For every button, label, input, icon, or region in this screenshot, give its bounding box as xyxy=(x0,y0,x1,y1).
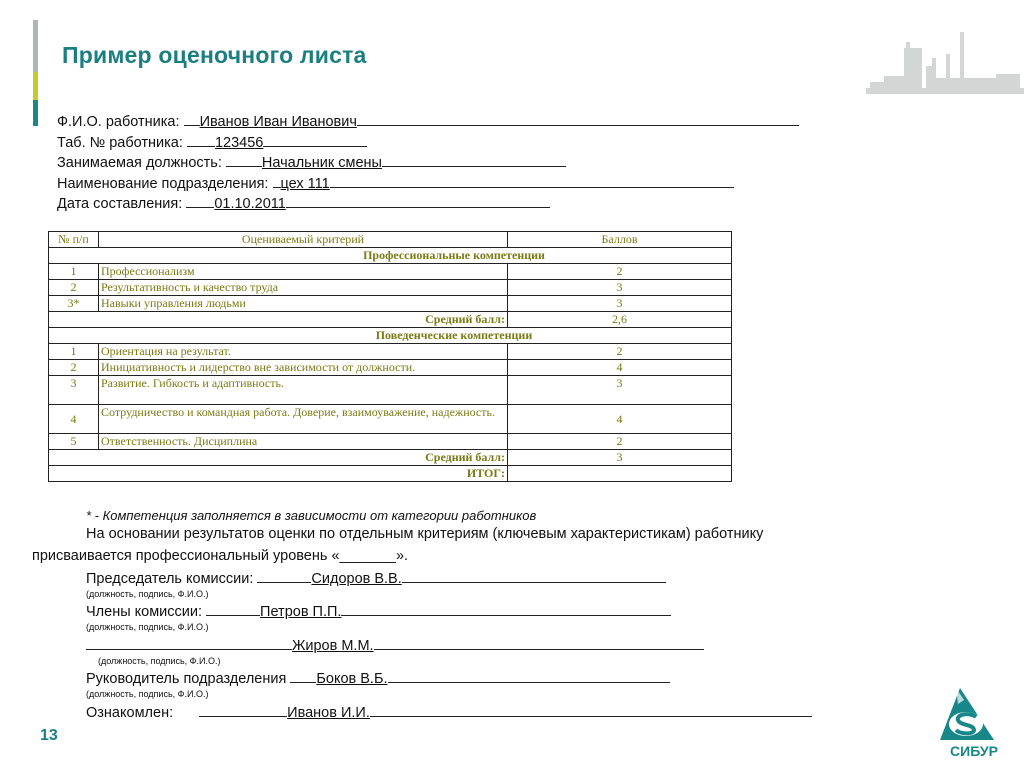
total-value xyxy=(508,466,732,482)
head-value: Боков В.Б. xyxy=(316,671,387,687)
signature-hint: (должность, подпись, Ф.И.О.) xyxy=(86,622,208,632)
total-row: ИТОГ: xyxy=(49,466,732,482)
section-title: Поведенческие компетенции xyxy=(49,328,732,344)
section-title: Профессиональные компетенции xyxy=(49,248,732,264)
fill-line xyxy=(86,637,292,650)
fill-line xyxy=(263,134,367,147)
table-row: 1 Профессионализм 2 xyxy=(49,264,732,280)
tab-value: 123456 xyxy=(215,135,263,151)
row-criterion: Навыки управления людьми xyxy=(99,296,508,312)
date-label: Дата составления: xyxy=(57,196,182,212)
chair-value: Сидоров В.В. xyxy=(311,571,401,587)
table-row: 2 Результативность и качество труда 3 xyxy=(49,280,732,296)
table-row: 3 Развитие. Гибкость и адаптивность. 3 xyxy=(49,376,732,405)
row-score: 2 xyxy=(508,264,732,280)
row-score: 4 xyxy=(508,360,732,376)
plant-skyline-icon xyxy=(866,28,1024,96)
fill-line xyxy=(374,637,704,650)
employee-position-row: Занимаемая должность: Начальник смены xyxy=(57,153,799,174)
row-num: 1 xyxy=(49,344,99,360)
members-signature-row: Члены комиссии: Петров П.П. xyxy=(86,603,671,620)
employee-name-row: Ф.И.О. работника: Иванов Иван Иванович xyxy=(57,112,799,133)
header-score: Баллов xyxy=(508,232,732,248)
row-criterion: Ответственность. Дисциплина xyxy=(99,434,508,450)
row-num: 3* xyxy=(49,296,99,312)
fill-line xyxy=(382,154,566,167)
average-label: Средний балл: xyxy=(49,312,508,328)
fill-line xyxy=(388,670,670,683)
members-label: Члены комиссии: xyxy=(86,604,202,620)
fill-line xyxy=(206,603,260,616)
fill-line xyxy=(186,195,214,208)
table-header-row: № п/п Оцениваемый критерий Баллов xyxy=(49,232,732,248)
chair-label: Председатель комиссии: xyxy=(86,571,253,587)
date-value: 01.10.2011 xyxy=(214,196,286,212)
chair-signature-row: Председатель комиссии: Сидоров В.В. xyxy=(86,570,666,587)
head-label: Руководитель подразделения xyxy=(86,671,286,687)
row-score: 3 xyxy=(508,296,732,312)
acknowledged-value: Иванов И.И. xyxy=(287,705,370,721)
fill-line xyxy=(370,704,812,717)
row-score: 2 xyxy=(508,434,732,450)
row-criterion: Ориентация на результат. xyxy=(99,344,508,360)
fill-line xyxy=(184,113,200,126)
member2-value: Жиров М.М. xyxy=(292,638,374,654)
employee-tab-row: Таб. № работника: 123456 xyxy=(57,133,799,154)
total-label: ИТОГ: xyxy=(49,466,508,482)
footnote: * - Компетенция заполняется в зависимост… xyxy=(86,508,536,523)
row-score: 3 xyxy=(508,376,732,405)
row-num: 1 xyxy=(49,264,99,280)
signature-hint: (должность, подпись, Ф.И.О.) xyxy=(98,656,220,666)
acknowledged-label: Ознакомлен: xyxy=(86,705,173,721)
average-label: Средний балл: xyxy=(49,450,508,466)
row-criterion: Развитие. Гибкость и адаптивность. xyxy=(99,376,508,405)
fill-line xyxy=(257,570,311,583)
row-criterion: Сотрудничество и командная работа. Довер… xyxy=(99,405,508,434)
conclusion-line-2: присваивается профессиональный уровень «… xyxy=(32,548,408,564)
row-num: 2 xyxy=(49,360,99,376)
tab-label: Таб. № работника: xyxy=(57,135,183,151)
row-num: 2 xyxy=(49,280,99,296)
sibur-logo-icon: СИБУР xyxy=(934,686,1014,760)
name-label: Ф.И.О. работника: xyxy=(57,114,180,130)
fill-line xyxy=(402,570,666,583)
average-value: 3 xyxy=(508,450,732,466)
fill-line xyxy=(357,113,799,126)
head-signature-row: Руководитель подразделения Боков В.Б. xyxy=(86,670,670,687)
department-label: Наименование подразделения: xyxy=(57,176,268,192)
average-row: Средний балл: 3 xyxy=(49,450,732,466)
row-score: 4 xyxy=(508,405,732,434)
table-row: 4 Сотрудничество и командная работа. Дов… xyxy=(49,405,732,434)
accent-bar-lime xyxy=(33,72,38,100)
row-num: 4 xyxy=(49,405,99,434)
slide-title: Пример оценочного листа xyxy=(62,42,367,69)
average-row: Средний балл: 2,6 xyxy=(49,312,732,328)
evaluation-table: № п/п Оцениваемый критерий Баллов Профес… xyxy=(48,231,732,482)
accent-bar-gray xyxy=(33,20,38,72)
average-value: 2,6 xyxy=(508,312,732,328)
row-score: 2 xyxy=(508,344,732,360)
page-number: 13 xyxy=(40,727,58,745)
section-header-row: Профессиональные компетенции xyxy=(49,248,732,264)
employee-info: Ф.И.О. работника: Иванов Иван Иванович Т… xyxy=(57,112,799,215)
fill-line xyxy=(290,670,316,683)
signature-hint: (должность, подпись, Ф.И.О.) xyxy=(86,689,208,699)
header-num: № п/п xyxy=(49,232,99,248)
position-label: Занимаемая должность: xyxy=(57,155,222,171)
table-row: 5 Ответственность. Дисциплина 2 xyxy=(49,434,732,450)
fill-line xyxy=(273,175,281,188)
table-row: 1 Ориентация на результат. 2 xyxy=(49,344,732,360)
acknowledged-signature-row: Ознакомлен: Иванов И.И. xyxy=(86,704,812,721)
member1-value: Петров П.П. xyxy=(260,604,341,620)
row-criterion: Результативность и качество труда xyxy=(99,280,508,296)
name-value: Иванов Иван Иванович xyxy=(200,114,357,130)
fill-line xyxy=(330,175,734,188)
row-num: 3 xyxy=(49,376,99,405)
accent-bar-teal xyxy=(33,100,38,126)
fill-line xyxy=(341,603,671,616)
row-criterion: Инициативность и лидерство вне зависимос… xyxy=(99,360,508,376)
employee-date-row: Дата составления: 01.10.2011 xyxy=(57,194,799,215)
employee-department-row: Наименование подразделения: цех 111 xyxy=(57,174,799,195)
conclusion-line-1: На основании результатов оценки по отдел… xyxy=(86,526,763,542)
row-num: 5 xyxy=(49,434,99,450)
svg-text:СИБУР: СИБУР xyxy=(950,743,998,759)
department-value: цех 111 xyxy=(281,176,330,192)
table-row: 2 Инициативность и лидерство вне зависим… xyxy=(49,360,732,376)
fill-line xyxy=(187,134,215,147)
fill-line xyxy=(226,154,262,167)
table-row: 3* Навыки управления людьми 3 xyxy=(49,296,732,312)
fill-line xyxy=(199,704,287,717)
position-value: Начальник смены xyxy=(262,155,382,171)
row-score: 3 xyxy=(508,280,732,296)
header-criterion: Оцениваемый критерий xyxy=(99,232,508,248)
fill-line xyxy=(286,195,550,208)
signature-hint: (должность, подпись, Ф.И.О.) xyxy=(86,589,208,599)
member2-signature-row: Жиров М.М. xyxy=(86,637,704,654)
row-criterion: Профессионализм xyxy=(99,264,508,280)
section-header-row: Поведенческие компетенции xyxy=(49,328,732,344)
